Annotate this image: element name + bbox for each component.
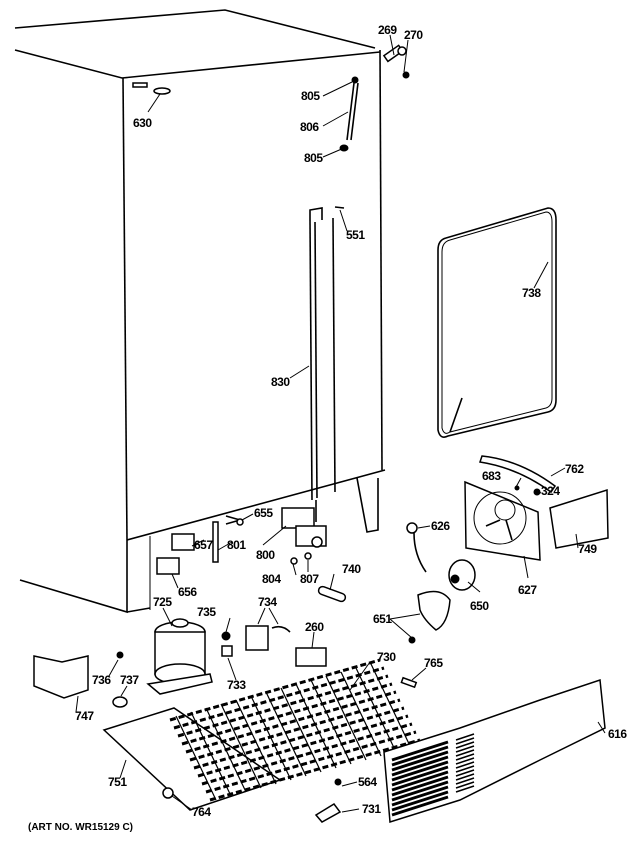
exploded-view-drawing [0, 0, 640, 853]
part-label-733[interactable]: 733 [227, 679, 246, 691]
part-label-737[interactable]: 737 [120, 674, 139, 686]
part-label-651[interactable]: 651 [373, 613, 392, 625]
art-number: (ART NO. WR15129 C) [28, 822, 133, 833]
part-label-626[interactable]: 626 [431, 520, 450, 532]
part-label-656[interactable]: 656 [178, 586, 197, 598]
part-label-749[interactable]: 749 [578, 543, 597, 555]
part-label-627[interactable]: 627 [518, 584, 537, 596]
part-label-269[interactable]: 269 [378, 24, 397, 36]
part-label-564[interactable]: 564 [358, 776, 377, 788]
part-label-805-top[interactable]: 805 [301, 90, 320, 102]
part-label-731[interactable]: 731 [362, 803, 381, 815]
part-label-764[interactable]: 764 [192, 806, 211, 818]
part-label-800[interactable]: 800 [256, 549, 275, 561]
part-label-806[interactable]: 806 [300, 121, 319, 133]
part-label-734[interactable]: 734 [258, 596, 277, 608]
part-label-765[interactable]: 765 [424, 657, 443, 669]
part-label-270[interactable]: 270 [404, 29, 423, 41]
part-label-735[interactable]: 735 [197, 606, 216, 618]
part-label-730[interactable]: 730 [377, 651, 396, 663]
part-label-630[interactable]: 630 [133, 117, 152, 129]
part-label-324[interactable]: 324 [541, 485, 560, 497]
part-label-650[interactable]: 650 [470, 600, 489, 612]
part-label-683[interactable]: 683 [482, 470, 501, 482]
part-label-751[interactable]: 751 [108, 776, 127, 788]
part-label-805-bottom[interactable]: 805 [304, 152, 323, 164]
part-label-740[interactable]: 740 [342, 563, 361, 575]
part-label-736[interactable]: 736 [92, 674, 111, 686]
part-label-655[interactable]: 655 [254, 507, 273, 519]
part-label-725[interactable]: 725 [153, 596, 172, 608]
part-label-747[interactable]: 747 [75, 710, 94, 722]
part-label-762[interactable]: 762 [565, 463, 584, 475]
part-label-801[interactable]: 801 [227, 539, 246, 551]
part-label-657[interactable]: 657 [194, 539, 213, 551]
part-label-804[interactable]: 804 [262, 573, 281, 585]
part-label-807[interactable]: 807 [300, 573, 319, 585]
part-label-551[interactable]: 551 [346, 229, 365, 241]
part-label-738[interactable]: 738 [522, 287, 541, 299]
part-label-616[interactable]: 616 [608, 728, 627, 740]
part-label-830[interactable]: 830 [271, 376, 290, 388]
part-label-260[interactable]: 260 [305, 621, 324, 633]
parts-diagram: 269 270 805 806 805 630 551 738 830 762 … [0, 0, 640, 853]
